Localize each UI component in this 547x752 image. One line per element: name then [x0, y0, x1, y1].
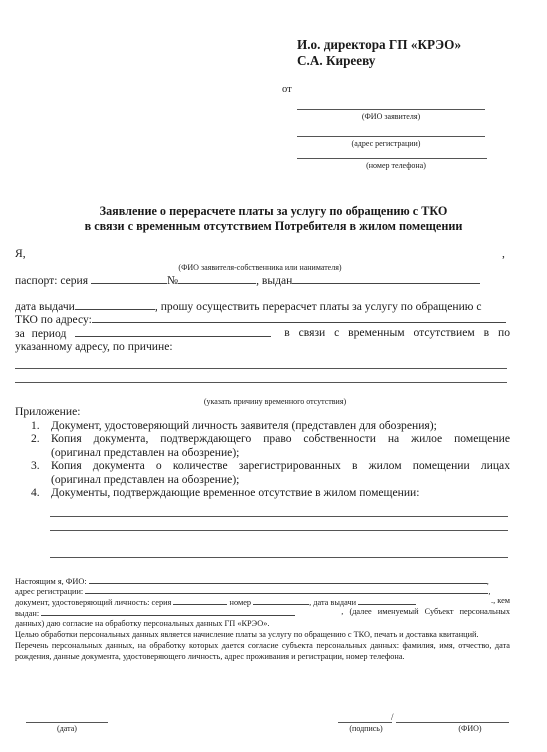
consent-fio-field[interactable] [89, 575, 487, 584]
caption-reason: (указать причину временного отсутствия) [150, 397, 400, 406]
tko-address-field[interactable] [92, 312, 506, 323]
caption-fio-sign: (ФИО) [440, 724, 500, 733]
consent-issued-field[interactable] [41, 607, 295, 616]
attachment-item: 3.Копия документа о количестве зарегистр… [51, 459, 510, 486]
tko-address-row: ТКО по адресу: [15, 312, 506, 326]
reason-label: указанному адресу, по причине: [15, 340, 173, 353]
caption-owner: (ФИО заявителя-собственника или нанимате… [150, 263, 370, 272]
caption-signature: (подпись) [336, 724, 396, 733]
document-title: Заявление о перерасчете платы за услугу … [0, 204, 547, 234]
consent-address-field[interactable] [85, 585, 488, 594]
attachments-list: 1.Документ, удостоверяющий личность заяв… [51, 419, 510, 499]
ya-label: Я, [15, 247, 26, 260]
purpose-text: Целью обработки персональных данных явля… [15, 629, 510, 640]
attachment-item: 4.Документы, подтверждающие временное от… [51, 486, 510, 499]
fio-signature-field[interactable] [396, 722, 509, 723]
period-row: за период в связи с временным отсутствие… [15, 326, 510, 340]
period-field[interactable] [75, 326, 271, 337]
applicant-fio-field[interactable] [297, 109, 485, 110]
data-list-text: Перечень персональных данных, на обработ… [15, 640, 510, 662]
signature-field[interactable] [338, 722, 392, 723]
issue-date-field[interactable] [75, 299, 155, 310]
title-line-1: Заявление о перерасчете платы за услугу … [0, 204, 547, 219]
consent-doc-date-field[interactable] [358, 596, 416, 605]
caption-fio: (ФИО заявителя) [297, 112, 485, 121]
consent-address-row: адрес регистрации: , [15, 585, 510, 596]
addressee-title: И.о. директора ГП «КРЭО» [297, 37, 461, 53]
slash: / [391, 712, 394, 722]
passport-series-label: паспорт: серия [15, 274, 88, 287]
caption-date: (дата) [26, 724, 108, 733]
applicant-address-field[interactable] [297, 136, 485, 137]
title-line-2: в связи с временным отсутствием Потребит… [0, 219, 547, 234]
consent-issued-row: выдан: , (далее именуемый Субъект персон… [15, 607, 510, 618]
attachment-item: 2.Копия документа, подтверждающего право… [51, 432, 510, 459]
date-signature-field[interactable] [26, 722, 108, 723]
caption-address: (адрес регистрации) [297, 139, 475, 148]
consent-doc-row: документ, удостоверяющий личность: серия… [15, 596, 510, 607]
passport-issued-field[interactable] [292, 273, 480, 284]
consent-doc-number-field[interactable] [253, 596, 309, 605]
comma: , [502, 247, 505, 260]
caption-phone: (номер телефона) [297, 161, 495, 170]
issue-date-row: дата выдачи, прошу осуществить перерасче… [15, 299, 510, 313]
issued-label: , выдан [256, 274, 292, 287]
attachment-field-line-2[interactable] [50, 530, 508, 531]
attachment-item: 1.Документ, удостоверяющий личность заяв… [51, 419, 510, 432]
consent-doc-series-field[interactable] [173, 596, 227, 605]
passport-row: паспорт: серия №, выдан [15, 273, 480, 287]
absence-text: в связи с временным отсутствием в по [284, 326, 510, 339]
attachments-heading: Приложение: [15, 405, 80, 418]
from-label: от [282, 84, 292, 95]
reason-field-line-1[interactable] [15, 368, 507, 369]
consent-text: данных) даю согласие на обработку персон… [15, 618, 510, 629]
period-label: за период [15, 327, 66, 340]
reason-field-line-2[interactable] [15, 382, 507, 383]
consent-paragraphs: данных) даю согласие на обработку персон… [15, 618, 510, 662]
number-sign: № [167, 274, 178, 287]
passport-series-field[interactable] [91, 273, 167, 284]
addressee-name: С.А. Кирееву [297, 53, 461, 69]
attachment-field-line-1[interactable] [50, 516, 508, 517]
passport-number-field[interactable] [178, 273, 256, 284]
addressee-block: И.о. директора ГП «КРЭО» С.А. Кирееву [297, 37, 461, 69]
tko-address-label: ТКО по адресу: [15, 313, 92, 326]
applicant-phone-field[interactable] [297, 158, 487, 159]
attachment-field-line-3[interactable] [50, 557, 508, 558]
